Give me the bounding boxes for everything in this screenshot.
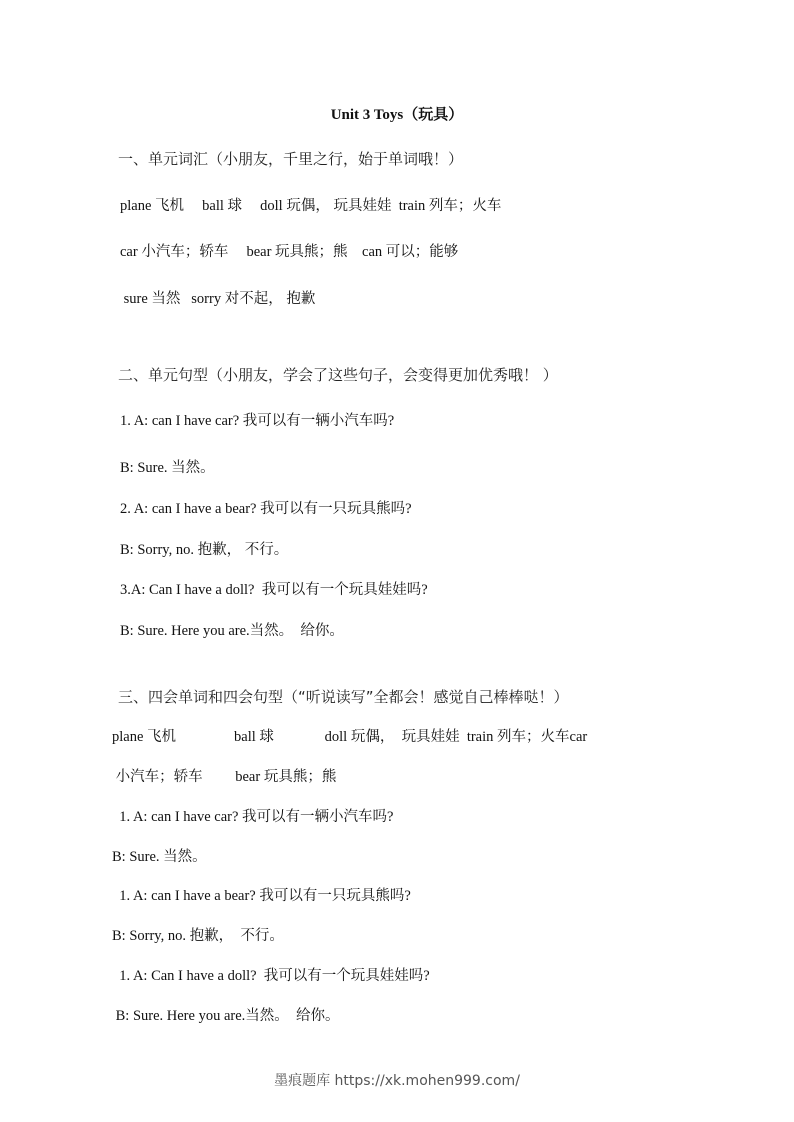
sentence-line: B: Sorry, no. 抱歉， 不行。 bbox=[112, 927, 284, 945]
sentence-line: B: Sure. 当然。 bbox=[120, 459, 215, 477]
sentence-line: B: Sure. 当然。 bbox=[112, 848, 207, 866]
sentence-line: 1. A: can I have car? 我可以有一辆小汽车吗? bbox=[120, 412, 394, 430]
vocab-line: car 小汽车；轿车 bear 玩具熊；熊 can 可以；能够 bbox=[120, 243, 458, 261]
sentence-line: 3.A: Can I have a doll? 我可以有一个玩具娃娃吗? bbox=[120, 581, 428, 599]
sentence-line: 1. A: can I have car? 我可以有一辆小汽车吗? bbox=[112, 808, 393, 826]
section-1-heading: 一、单元词汇（小朋友，千里之行，始于单词哦！） bbox=[118, 150, 463, 168]
section-2-heading: 二、单元句型（小朋友，学会了这些句子，会变得更加优秀哦！ ） bbox=[118, 366, 558, 384]
sentence-line: 2. A: can I have a bear? 我可以有一只玩具熊吗? bbox=[120, 500, 412, 518]
footer-watermark: 墨痕题库 https://xk.mohen999.com/ bbox=[0, 1070, 794, 1090]
vocab-line: sure 当然 sorry 对不起， 抱歉 bbox=[120, 290, 315, 308]
vocab-line: 小汽车；轿车 bear 玩具熊；熊 bbox=[112, 768, 336, 786]
vocab-line: plane 飞机 ball 球 doll 玩偶， 玩具娃娃 train 列车；火… bbox=[120, 197, 501, 215]
sentence-line: B: Sure. Here you are.当然。 给你。 bbox=[112, 1007, 340, 1025]
section-3-heading: 三、四会单词和四会句型（“听说读写”全都会！感觉自己棒棒哒！） bbox=[118, 688, 569, 706]
vocab-line: plane 飞机 ball 球 doll 玩偶， 玩具娃娃 train 列车；火… bbox=[112, 728, 587, 746]
document-title: Unit 3 Toys（玩具） bbox=[0, 103, 794, 124]
sentence-line: 1. A: Can I have a doll? 我可以有一个玩具娃娃吗? bbox=[112, 967, 430, 985]
sentence-line: B: Sorry, no. 抱歉， 不行。 bbox=[120, 541, 288, 559]
sentence-line: B: Sure. Here you are.当然。 给你。 bbox=[120, 622, 344, 640]
sentence-line: 1. A: can I have a bear? 我可以有一只玩具熊吗? bbox=[112, 887, 411, 905]
